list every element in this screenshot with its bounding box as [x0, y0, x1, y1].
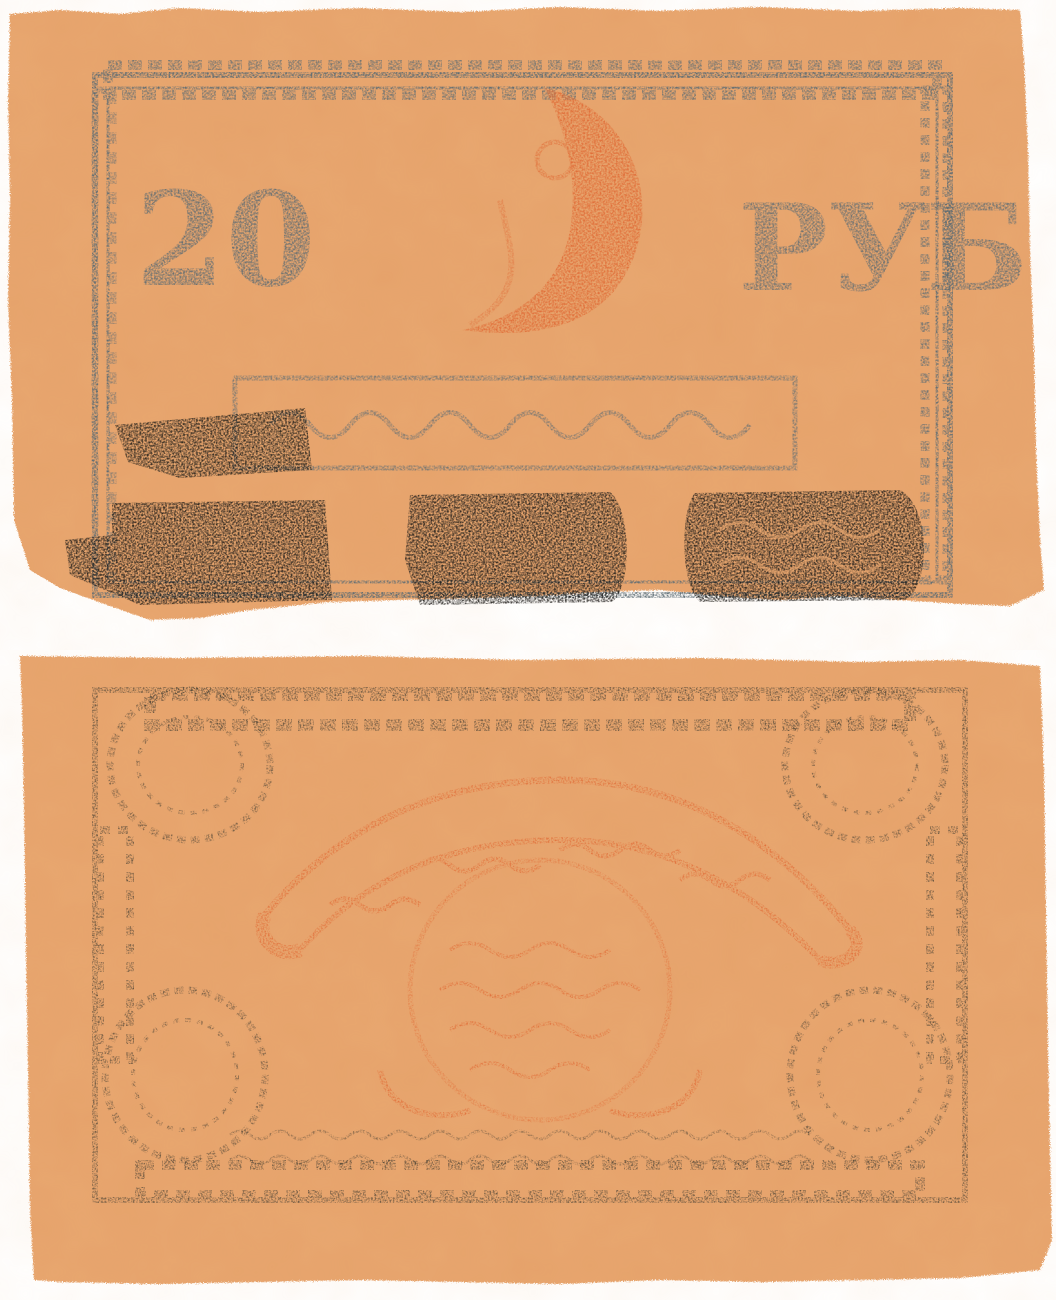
banknote-front-art: 20 РУБ: [0, 0, 1056, 650]
black-stamp-right: [684, 490, 924, 602]
black-stamp-center: [405, 492, 627, 605]
banknote-back-art: [0, 650, 1056, 1300]
denomination-number: 20: [135, 163, 316, 316]
banknote-front: 20 РУБ: [0, 0, 1056, 650]
denomination-currency: РУБ: [738, 178, 1028, 319]
banknote-back: [0, 650, 1056, 1300]
